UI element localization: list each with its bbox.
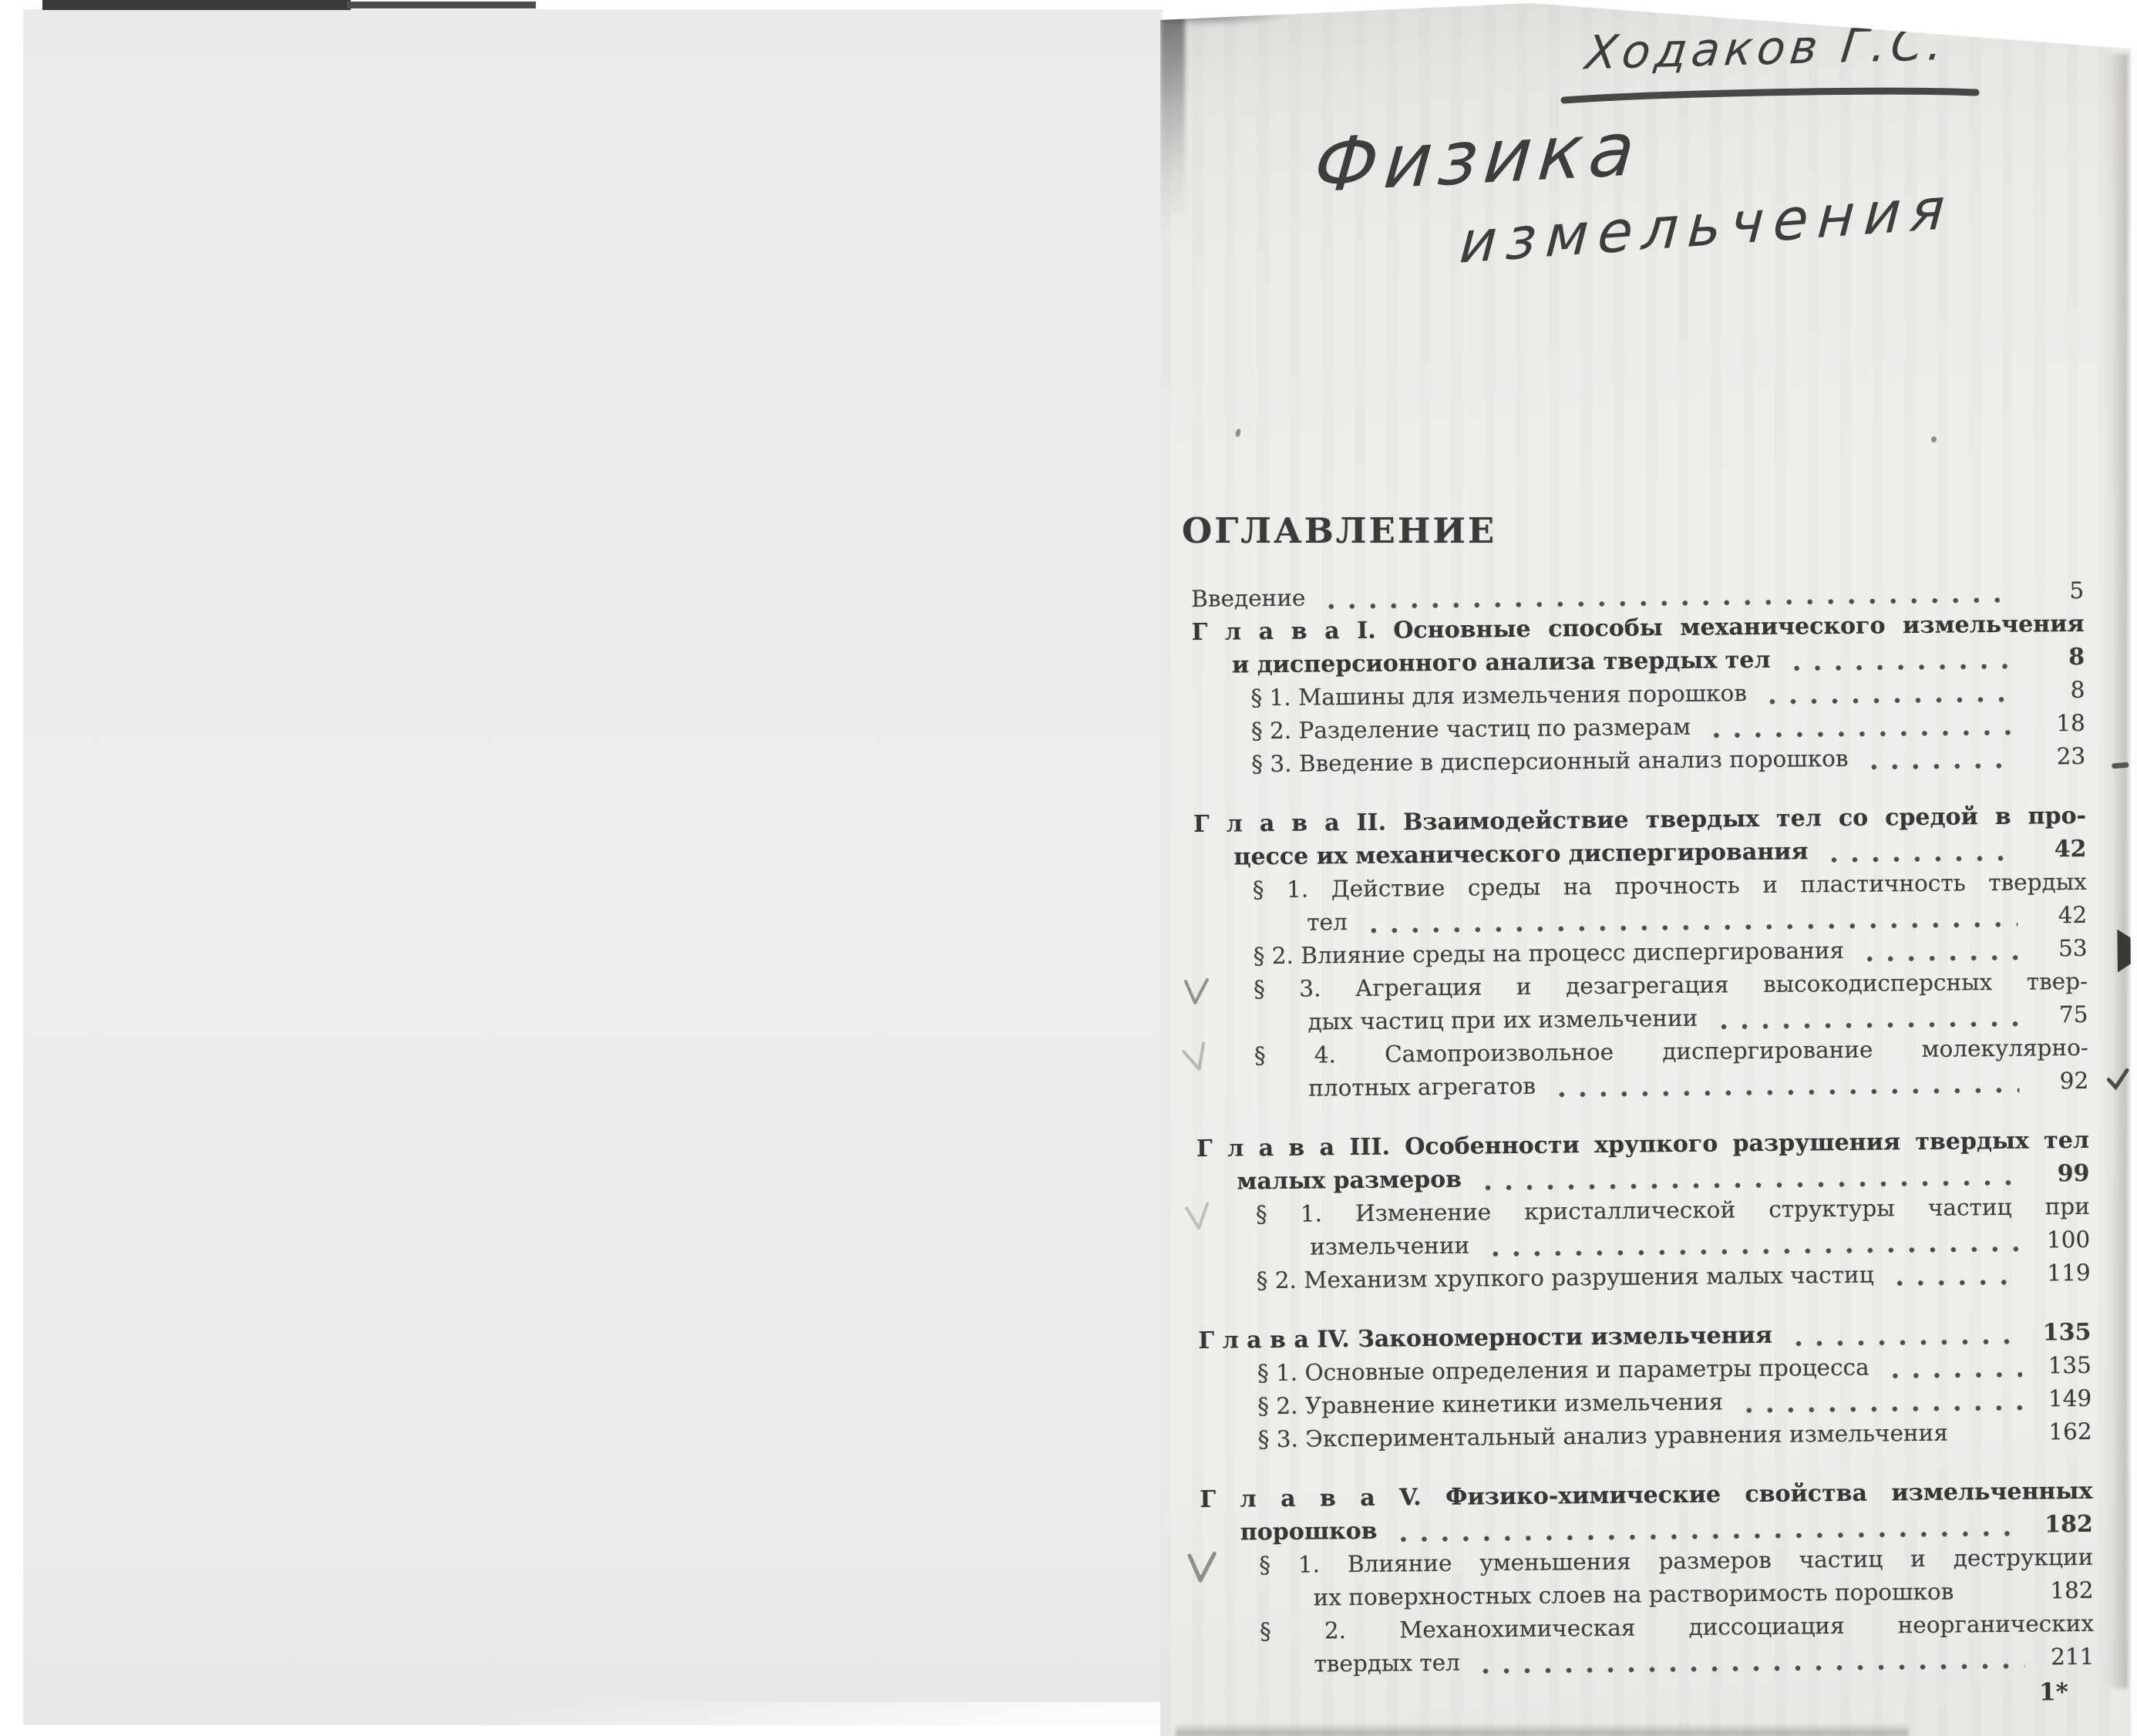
footnote-marker: 1*	[1176, 1678, 2068, 1714]
toc-page-number: 182	[2031, 1508, 2093, 1542]
toc-leader-dots	[1701, 729, 2016, 739]
toc-entry-text: измельчении	[1310, 1230, 1469, 1264]
scan-edge-artifact	[23, 1702, 1163, 1736]
toc-page-number: 75	[2026, 998, 2088, 1032]
scan-speck	[1235, 428, 1241, 437]
toc-page-number: 149	[2030, 1382, 2092, 1416]
toc-page-number: 8	[2023, 674, 2085, 708]
toc-page-number: 92	[2027, 1065, 2088, 1098]
toc-entry-text: § 3. Введение в дисперсионный анализ пор…	[1251, 742, 1849, 781]
scanned-book-spread: Ходаков Г.С. Физика измельчения ОГЛАВЛЕН…	[0, 0, 2137, 1736]
page-edge-shadow	[1176, 1724, 1908, 1736]
toc-page-number: 135	[2030, 1349, 2092, 1383]
toc-leader-dots	[1819, 855, 2018, 863]
page-edge	[2131, 0, 2137, 1736]
contents-page: Ходаков Г.С. Физика измельчения ОГЛАВЛЕН…	[1160, 0, 2137, 1736]
scan-edge-artifact	[42, 0, 351, 10]
toc-page-number: 8	[2023, 641, 2085, 675]
toc-leader-dots	[1855, 954, 2018, 963]
toc-page-number: 18	[2024, 707, 2085, 741]
toc-page-number: 135	[2029, 1316, 2091, 1350]
toc-page-number: 5	[2022, 574, 2084, 608]
toc-leader-dots	[1480, 1246, 2021, 1258]
toc-page-number: 42	[2025, 899, 2087, 933]
toc-entry-text: § 3. Экспериментальный анализ уравнения …	[1257, 1417, 1948, 1457]
toc-entry-text: § 2. Влияние среды на процесс диспергиро…	[1253, 934, 1844, 973]
toc-page-number: 182	[2031, 1574, 2093, 1608]
toc-page-number: 100	[2028, 1223, 2090, 1257]
toc-leader-dots	[1782, 663, 2016, 672]
toc-leader-dots	[1708, 1021, 2018, 1031]
toc-leader-dots	[1880, 1371, 2022, 1380]
toc-entry-text: Г л а в а IV. Закономерности измельчения	[1198, 1319, 1772, 1358]
toc-entry-text: плотных агрегатов	[1308, 1070, 1536, 1105]
toc-leader-dots	[1471, 1663, 2025, 1675]
gutter-shadow	[1160, 9, 1185, 225]
toc-leader-dots	[1964, 1596, 2024, 1604]
toc-leader-dots	[1388, 1530, 2024, 1543]
toc-leader-dots	[1959, 1438, 2023, 1445]
toc-leader-dots	[1758, 696, 2016, 705]
page-title: ОГЛАВЛЕНИЕ	[1182, 510, 1496, 551]
toc-entry-text: цессе их механического диспергирования	[1233, 835, 1809, 873]
scan-edge-artifact	[347, 2, 536, 8]
toc-entry-text: § 2. Уравнение кинетики измельчения	[1257, 1385, 1723, 1423]
gutter-shadow	[1160, 3, 1291, 26]
toc-leader-dots	[1316, 597, 2014, 611]
toc-page-number: 119	[2028, 1257, 2090, 1290]
toc-page-number: 162	[2030, 1415, 2092, 1449]
toc-entry-text: порошков	[1240, 1515, 1378, 1549]
toc-page-number: 42	[2024, 833, 2086, 866]
toc-leader-dots	[1472, 1179, 2020, 1192]
toc-leader-dots	[1885, 1279, 2021, 1287]
toc-entry-text: тел	[1307, 906, 1348, 940]
scan-speck	[1931, 436, 1937, 442]
toc-entry-text: малых размеров	[1237, 1163, 1462, 1199]
toc-leader-dots	[1546, 1087, 2019, 1098]
toc-leader-dots	[1783, 1338, 2021, 1347]
toc-entry-text: Введение	[1191, 582, 1306, 616]
left-blank-page	[23, 9, 1163, 1725]
toc-leader-dots	[1859, 762, 2017, 771]
toc-entry-text: и дисперсионного анализа твердых тел	[1232, 644, 1771, 682]
toc-leader-dots	[1734, 1405, 2022, 1415]
toc-leader-dots	[1358, 921, 2018, 934]
toc-entry-text: § 2. Механизм хрупкого разрушения малых …	[1256, 1259, 1873, 1298]
toc-page-number: 23	[2024, 740, 2085, 774]
pencil-check-icon	[1180, 1198, 1218, 1236]
toc-page-number: 99	[2028, 1157, 2089, 1191]
toc-page-number: 53	[2025, 932, 2087, 966]
pencil-check-icon	[1180, 975, 1213, 1009]
toc-list: Введение 5 Г л а в а I. Основные способы…	[1191, 574, 2095, 1714]
handwritten-author: Ходаков Г.С.	[1583, 17, 1950, 81]
toc-entry-text: твердых тел	[1314, 1647, 1460, 1681]
toc-entry-text: § 1. Машины для измельчения порошков	[1250, 677, 1747, 715]
toc-entry-text: дых частиц при их измельчении	[1307, 1002, 1698, 1039]
toc-page-number: 211	[2032, 1640, 2094, 1674]
toc-entry-text: § 2. Разделение частиц по размерам	[1251, 711, 1691, 748]
page-edge-shadow	[2106, 54, 2128, 1688]
handwritten-title-line1: Физика	[1311, 106, 1644, 210]
toc-entry-text: § 1. Основные определения и параметры пр…	[1257, 1351, 1869, 1391]
